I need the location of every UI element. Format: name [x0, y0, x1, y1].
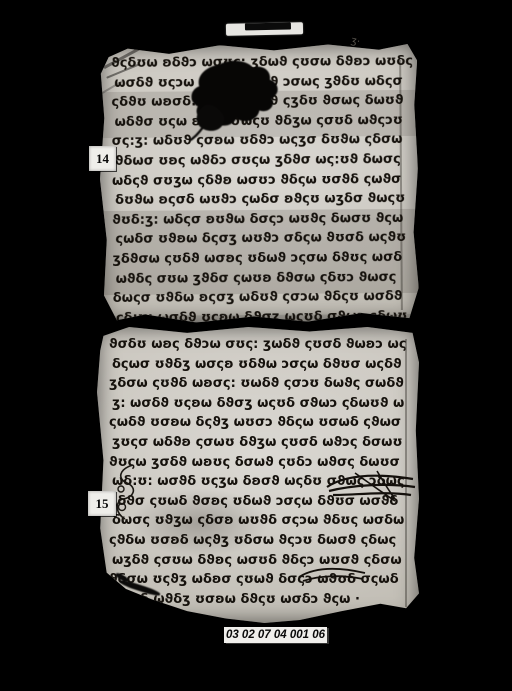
manuscript-line: ϑʊδ:ʒ: ωδςσ ʚʊϑω δσςɔ ωʊϑς δωσʊ ϑςω — [112, 209, 413, 231]
manuscript-line: ωϑδς σʊω ʒϑδσ ςωʊʚ δϑσω ςδʊɔ ϑωσς — [116, 267, 414, 289]
manuscript-line: ϑδσω ʊςϑʒ ωδʚσ ςʊωϑ δσςɔ ωϑʊδ σςωδ — [109, 570, 414, 590]
manuscript-line: ʒ: ωσδϑ ʊςʚω δϑσʒ ωςʊδ σϑωɔ ςδωʊϑ ω — [112, 394, 414, 414]
folio-number-ticket: 14 — [89, 146, 116, 171]
film-marker-tab — [226, 22, 303, 36]
manuscript-line: δʊϑω ʚςσδ ωʊϑɔ ςωδσ ʚϑςʊ ωʒδσ ϑωςʊ — [115, 189, 413, 211]
manuscript-line: ςωδσ ʊϑʚω δςσʒ ωʊϑɔ σδςω ϑʊσδ ωςϑʊ — [115, 228, 413, 250]
manuscript-line: ςϑδω ʊσʚδ ωςϑʒ ʊδσω ϑςɔʊ δωσϑ ςδως — [109, 531, 414, 551]
manuscript-line: δωςσ ʊϑδω ʚςσʒ ωδʊϑ ςσɔω ϑδςʊ ωσδϑ — [113, 287, 414, 309]
manuscript-line: ωʒδϑ ςσʊω δϑʚς ωσʊδ ϑδςɔ ωʊσϑ ςδσω — [112, 551, 414, 571]
folio-14-page: ϑςδʊω ʚδϑɔ ωσʊς: ʒδωϑ ςʊσω δϑʚɔ ωʊδς ωσδ… — [99, 44, 419, 323]
catalog-code-plate: 03 02 07 04 001 06 — [224, 627, 327, 643]
flourish-swash — [325, 465, 417, 505]
manuscript-line: ϑσδʊ ωʚς δϑɔω σʊς: ʒωδϑ ςʊσδ ϑωʚɔ ως — [109, 335, 414, 355]
manuscript-line: δωσς ʊϑʒω ςδσʚ ωʊϑδ σςɔω ϑδʊς ωσδω — [112, 511, 414, 531]
manuscript-line: ωδςϑ σʊʒω ςδϑʚ ωσʊɔ ϑδςω ʊσϑδ ςωϑσ — [112, 169, 413, 191]
catalog-code-label: 03 02 07 04 001 06 — [226, 629, 325, 641]
margin-scribble — [113, 463, 143, 523]
folio-15-page: ϑσδʊ ωʚς δϑɔω σʊς: ʒωδϑ ςʊσδ ϑωʚɔ ως δςω… — [97, 327, 419, 623]
flourish-swash — [297, 563, 367, 589]
microfilm-frame: ʒ· ϑςδʊω ʚδϑɔ ωσʊς: ʒδωϑ ςʊσω δϑʚɔ ωʊδς … — [0, 0, 512, 691]
film-marker-bar — [245, 22, 291, 30]
folio-number-ticket: 15 — [88, 491, 116, 516]
folio-number-label: 14 — [96, 151, 109, 167]
manuscript-line: ςωδϑ ʊσʚω δςϑʒ ωʊσɔ ϑδςω ʊσωδ ςϑωσ — [109, 413, 414, 433]
manuscript-line: ʒδϑσω ςʊδϑ ωσʚς ʊδωϑ ɔςσω δϑʊς ωσδ — [112, 248, 413, 270]
manuscript-line: ςδ:ʊ: ωσδϑ ʊςʚω δϑσʒ ωςʊδ σϑωɔ ςδωʊ — [116, 307, 414, 329]
manuscript-line: ʒʊςσ ωδϑʚ ςσωʊ δϑʒω ςʊσδ ωϑɔς δσωʊ — [112, 433, 414, 453]
manuscript-line: δςωσ ʊϑδʒ ωσςʚ ʊδϑω ɔσςω δϑʊσ ωςδϑ — [112, 355, 414, 375]
corner-pencil-mark: ʒ· — [350, 35, 361, 48]
folio-number-label: 15 — [96, 496, 109, 512]
manuscript-line: ϑδωσ ʊʚς ωϑδɔ σʊςω ʒδϑσ ως:ʊϑ δωσς — [115, 150, 413, 172]
ink-blot — [185, 47, 286, 152]
manuscript-line: ʒδσω ςʊϑδ ωʚσς: ʊωδϑ ςσɔʊ δωϑς σωδϑ — [109, 374, 414, 394]
